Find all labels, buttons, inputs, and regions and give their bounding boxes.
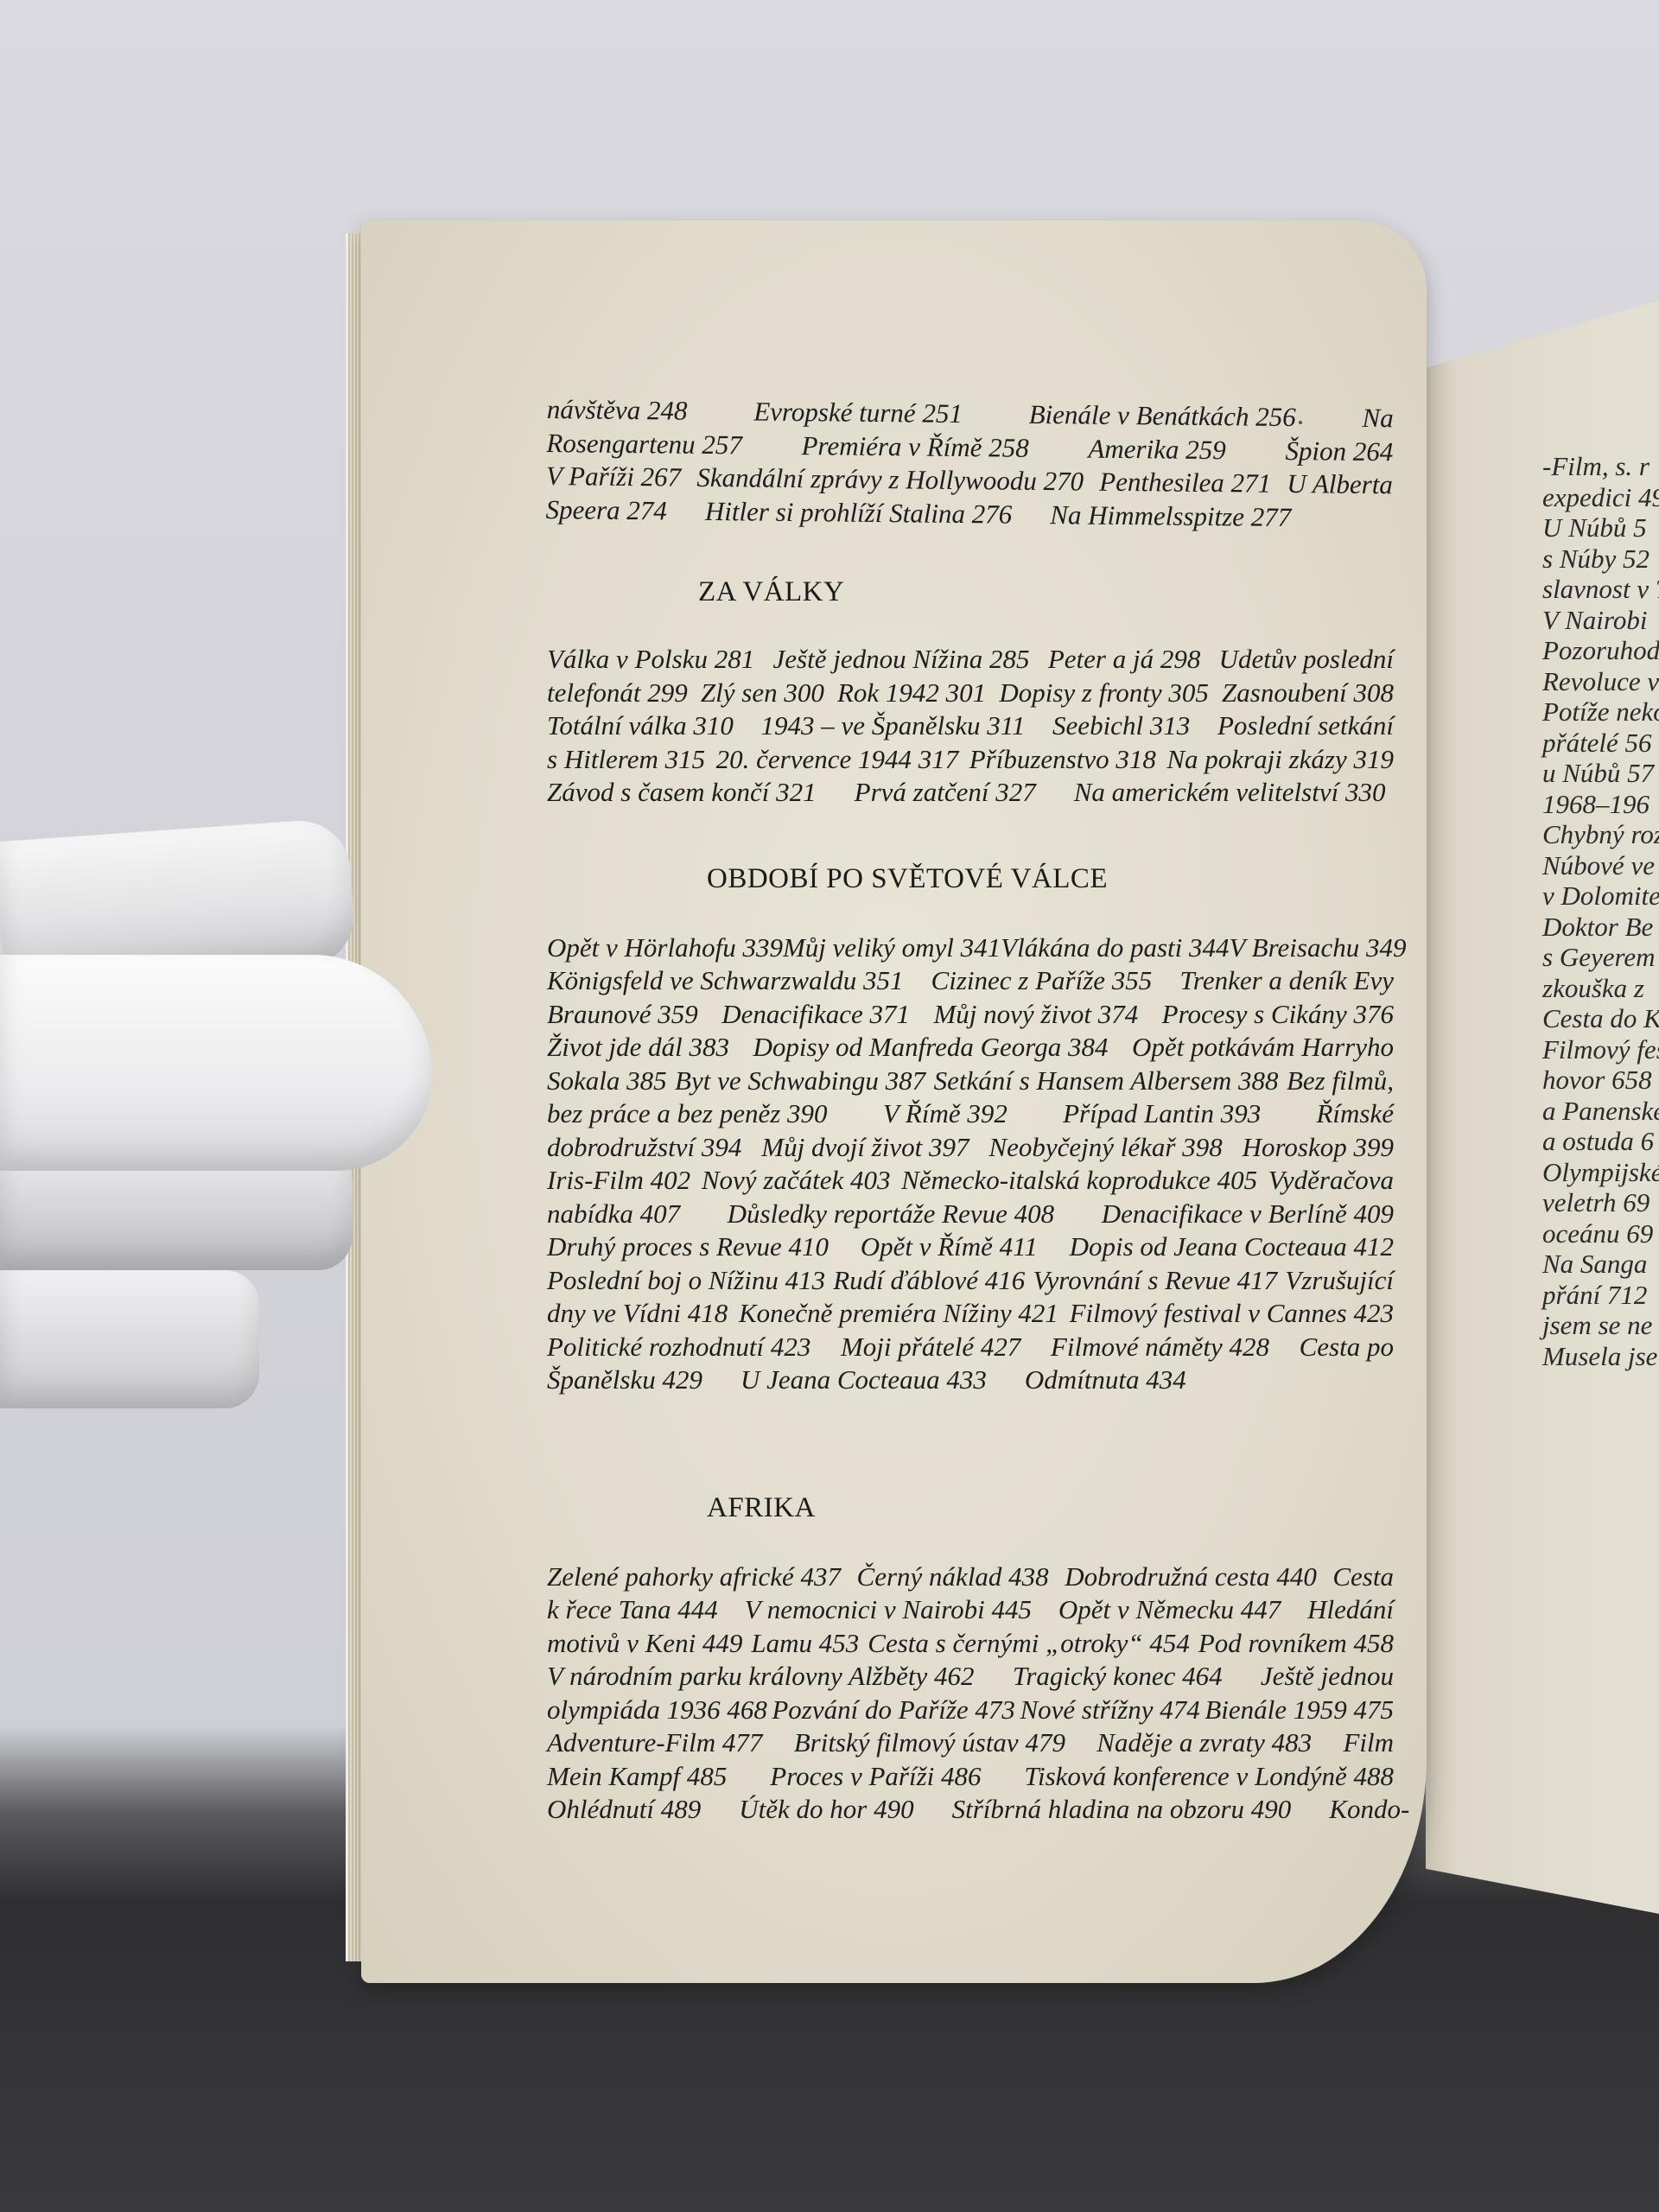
intro-entries: návštěva 248Evropské turné 251Bienále v …: [545, 393, 1394, 535]
toc-line: Sokala 385Byt ve Schwabingu 387Setkání s…: [547, 1065, 1394, 1098]
toc-entry: Na americkém velitelství 330: [1074, 776, 1386, 810]
toc-entry: Případ Lantin 393: [1063, 1097, 1261, 1131]
section-entries-afrika: Zelené pahorky africké 437Černý náklad 4…: [547, 1560, 1394, 1827]
toc-entry: telefonát 299: [547, 677, 688, 710]
toc-line: dny ve Vídni 418Konečně premiéra Nížiny …: [547, 1297, 1394, 1331]
toc-entry: s Hitlerem 315: [547, 743, 705, 777]
right-page-line: jsem se ne: [1542, 1310, 1659, 1341]
toc-entry: Politické rozhodnutí 423: [547, 1331, 810, 1364]
toc-line: olympiáda 1936 468Pozvání do Paříže 473N…: [547, 1694, 1394, 1727]
toc-entry: Denacifikace 371: [721, 998, 910, 1032]
toc-entry: Nový začátek 403: [702, 1164, 891, 1198]
toc-line: k řece Tana 444V nemocnici v Nairobi 445…: [547, 1593, 1394, 1627]
toc-entry: Tisková konference v Londýně 488: [1024, 1760, 1394, 1794]
toc-entry: Rudí ďáblové 416: [833, 1264, 1025, 1298]
toc-line: telefonát 299Zlý sen 300Rok 1942 301Dopi…: [547, 677, 1394, 710]
toc-entry: Odmítnuta 434: [1025, 1363, 1186, 1397]
right-page-line: U Núbů 5: [1542, 512, 1659, 543]
toc-entry: Ohlédnutí 489: [547, 1793, 701, 1827]
right-page-line: Cesta do K: [1542, 1003, 1659, 1034]
table-of-contents: návštěva 248Evropské turné 251Bienále v …: [547, 393, 1394, 1827]
toc-entry: Evropské turné 251: [753, 396, 963, 431]
toc-entry: Königsfeld ve Schwarzwaldu 351: [547, 964, 903, 998]
toc-entry: Důsledky reportáže Revue 408: [728, 1198, 1054, 1231]
toc-line: Politické rozhodnutí 423Moji přátelé 427…: [547, 1331, 1394, 1364]
toc-entry: Proces v Paříži 486: [770, 1760, 981, 1794]
toc-line: Opět v Hörlahofu 339Můj veliký omyl 341V…: [547, 931, 1394, 965]
toc-entry: Udetův poslední: [1219, 643, 1394, 677]
toc-line: Život jde dál 383Dopisy od Manfreda Geor…: [547, 1031, 1394, 1065]
toc-entry: Naděje a zvraty 483: [1096, 1726, 1312, 1760]
section-heading-za-valky: ZA VÁLKY: [698, 576, 1394, 608]
toc-entry: Trenker a deník Evy: [1179, 964, 1394, 998]
right-page-line: s Geyerem: [1542, 942, 1659, 973]
toc-entry: Zelené pahorky africké 437: [547, 1560, 841, 1594]
toc-entry: Ještě jednou: [1261, 1660, 1394, 1694]
toc-line: Španělsku 429U Jeana Cocteaua 433Odmítnu…: [547, 1363, 1394, 1397]
toc-entry: Neobyčejný lékař 398: [988, 1131, 1222, 1165]
toc-entry: Procesy s Cikány 376: [1162, 998, 1394, 1032]
toc-entry: Konečně premiéra Nížiny 421: [739, 1297, 1058, 1331]
toc-entry: Rosengartenu 257: [546, 426, 742, 461]
toc-entry: Černý náklad 438: [857, 1560, 1049, 1594]
toc-entry: Dopis od Jeana Cocteaua 412: [1070, 1230, 1394, 1264]
right-page-line: Doktor Be: [1542, 912, 1659, 943]
toc-entry: Španělsku 429: [547, 1363, 702, 1397]
toc-entry: V nemocnici v Nairobi 445: [745, 1593, 1032, 1627]
toc-line: Druhý proces s Revue 410Opět v Římě 411D…: [547, 1230, 1394, 1264]
right-page-line: V Nairobi: [1542, 605, 1659, 636]
right-page-line: expedici 49: [1542, 482, 1659, 513]
toc-entry: 20. července 1944 317: [716, 743, 959, 777]
toc-entry: Dobrodružná cesta 440: [1065, 1560, 1317, 1594]
toc-entry: Penthesilea 271: [1099, 466, 1271, 501]
toc-entry: Život jde dál 383: [547, 1031, 729, 1065]
right-page-line: Chybný roz: [1542, 819, 1659, 850]
toc-entry: Kondo-: [1329, 1793, 1409, 1827]
section-heading-afrika: AFRIKA: [707, 1492, 1394, 1524]
toc-entry: Pod rovníkem 458: [1198, 1627, 1394, 1661]
right-page-line: zkouška z: [1542, 973, 1659, 1004]
toc-entry: Totální válka 310: [547, 709, 734, 743]
toc-entry: Filmový festival v Cannes 423: [1070, 1297, 1394, 1331]
toc-entry: U Jeana Cocteaua 433: [741, 1363, 987, 1397]
toc-entry: Můj dvojí život 397: [761, 1131, 969, 1165]
toc-entry: Poslední setkání: [1217, 709, 1394, 743]
toc-line: motivů v Keni 449Lamu 453Cesta s černými…: [547, 1627, 1394, 1661]
toc-line: Ohlédnutí 489Útěk do hor 490Stříbrná hla…: [547, 1793, 1394, 1827]
toc-entry: Útěk do hor 490: [739, 1793, 913, 1827]
right-page-line: oceánu 69: [1542, 1218, 1659, 1249]
toc-line: Závod s časem končí 321Prvá zatčení 327N…: [547, 776, 1394, 810]
toc-entry: Ještě jednou Nížina 285: [773, 643, 1030, 677]
section-entries-po-valce: Opět v Hörlahofu 339Můj veliký omyl 341V…: [547, 931, 1394, 1397]
toc-entry: k řece Tana 444: [547, 1593, 718, 1627]
right-page-line: Núbové ve: [1542, 850, 1659, 881]
right-page-line: v Dolomite: [1542, 880, 1659, 912]
toc-line: Poslední boj o Nížinu 413Rudí ďáblové 41…: [547, 1264, 1394, 1298]
toc-entry: Opět potkávám Harryho: [1132, 1031, 1394, 1065]
gloved-hand: [0, 804, 406, 1408]
toc-entry: Na Himmelsspitze 277: [1050, 499, 1291, 534]
toc-entry: 1943 – ve Španělsku 311: [761, 709, 1026, 743]
toc-entry: Britský filmový ústav 479: [794, 1726, 1065, 1760]
toc-entry: Bez filmů,: [1287, 1065, 1394, 1098]
right-page-line: -Film, s. r: [1542, 451, 1659, 482]
toc-entry: Dopisy od Manfreda Georga 384: [753, 1031, 1108, 1065]
right-page-line: hovor 658: [1542, 1065, 1659, 1096]
toc-entry: Vzrušující: [1285, 1264, 1394, 1298]
toc-entry: Tragický konec 464: [1013, 1660, 1223, 1694]
toc-entry: Můj veliký omyl 341: [783, 931, 1001, 965]
right-page-line: Revoluce v: [1542, 666, 1659, 697]
right-page-line: slavnost v T: [1542, 574, 1659, 605]
toc-entry: Lamu 453: [751, 1627, 859, 1661]
right-page-line: Olympijské: [1542, 1157, 1659, 1188]
toc-line: dobrodružství 394Můj dvojí život 397Neob…: [547, 1131, 1394, 1165]
toc-entry: Amerika 259: [1088, 432, 1226, 467]
toc-line: nabídka 407Důsledky reportáže Revue 408D…: [547, 1198, 1394, 1231]
right-page-line: Filmový fes: [1542, 1034, 1659, 1065]
toc-entry: U Alberta: [1287, 467, 1393, 502]
toc-line: Königsfeld ve Schwarzwaldu 351Cizinec z …: [547, 964, 1394, 998]
toc-entry: dny ve Vídni 418: [547, 1297, 728, 1331]
glove-finger-ring: [0, 1270, 259, 1408]
toc-entry: Hledání: [1307, 1593, 1394, 1627]
toc-entry: Mein Kampf 485: [547, 1760, 727, 1794]
toc-entry: olympiáda 1936 468: [547, 1694, 767, 1727]
toc-entry: Premiéra v Římě 258: [801, 429, 1029, 465]
right-page-line: 1968–196: [1542, 789, 1659, 820]
toc-entry: Válka v Polsku 281: [547, 643, 754, 677]
right-page-line: a ostuda 6: [1542, 1126, 1659, 1157]
toc-entry: Skandální zprávy z Hollywoodu 270: [696, 461, 1084, 499]
toc-entry: Cesta po: [1300, 1331, 1394, 1364]
right-page-line: s Núby 52: [1542, 543, 1659, 575]
toc-line: Totální válka 3101943 – ve Španělsku 311…: [547, 709, 1394, 743]
toc-entry: V národním parku královny Alžběty 462: [547, 1660, 975, 1694]
right-page-line: Potíže neko: [1542, 696, 1659, 728]
toc-entry: Bienále v Benátkách 256: [1029, 398, 1296, 435]
toc-entry: Cesta s černými „otroky“ 454: [868, 1627, 1190, 1661]
right-page-line: přátelé 56: [1542, 728, 1659, 759]
toc-entry: V Římě 392: [883, 1097, 1007, 1131]
right-page-line: Na Sanga: [1542, 1249, 1659, 1280]
toc-line: Adventure-Film 477Britský filmový ústav …: [547, 1726, 1394, 1760]
toc-entry: Dopisy z fronty 305: [999, 677, 1209, 710]
toc-entry: Sokala 385: [547, 1065, 667, 1098]
toc-entry: Peter a já 298: [1048, 643, 1201, 677]
toc-entry: Můj nový život 374: [933, 998, 1138, 1032]
toc-entry: Závod s časem končí 321: [547, 776, 817, 810]
toc-entry: Cizinec z Paříže 355: [931, 964, 1153, 998]
toc-entry: Vyrovnání s Revue 417: [1033, 1264, 1277, 1298]
toc-entry: Rok 1942 301: [837, 677, 986, 710]
toc-entry: Vlákána do pasti 344: [1001, 931, 1229, 965]
toc-entry: Prvá zatčení 327: [855, 776, 1036, 810]
toc-entry: motivů v Keni 449: [547, 1627, 742, 1661]
toc-entry: Seebichl 313: [1052, 709, 1190, 743]
toc-entry: Zlý sen 300: [701, 677, 824, 710]
right-page-line: veletrh 69: [1542, 1187, 1659, 1218]
toc-entry: V Breisachu 349: [1230, 931, 1407, 965]
toc-entry: bez práce a bez peněz 390: [547, 1097, 828, 1131]
toc-entry: Film: [1343, 1726, 1394, 1760]
right-page-line: a Panenské: [1542, 1096, 1659, 1127]
toc-entry: Cesta: [1332, 1560, 1394, 1594]
toc-entry: Denacifikace v Berlíně 409: [1102, 1198, 1394, 1231]
toc-entry: Opět v Německu 447: [1058, 1593, 1281, 1627]
toc-line: Válka v Polsku 281Ještě jednou Nížina 28…: [547, 643, 1394, 677]
toc-entry: Příbuzenstvo 318: [969, 743, 1156, 777]
toc-entry: Horoskop 399: [1243, 1131, 1394, 1165]
toc-line: Iris-Film 402Nový začátek 403Německo-ita…: [547, 1164, 1394, 1198]
section-entries-za-valky: Válka v Polsku 281Ještě jednou Nížina 28…: [547, 643, 1394, 810]
toc-entry: Pozvání do Paříže 473: [772, 1694, 1015, 1727]
toc-entry: Iris-Film 402: [547, 1164, 690, 1198]
toc-entry: Speera 274: [545, 493, 667, 527]
left-page: návštěva 248Evropské turné 251Bienále v …: [361, 220, 1427, 1983]
toc-entry: Na pokraji zkázy 319: [1166, 743, 1394, 777]
toc-entry: Setkání s Hansem Albersem 388: [934, 1065, 1279, 1098]
right-page-line: přání 712: [1542, 1280, 1659, 1311]
toc-entry: Hitler si prohlíží Stalina 276: [705, 494, 1013, 531]
toc-entry: Filmové náměty 428: [1051, 1331, 1269, 1364]
toc-line: bez práce a bez peněz 390V Římě 392Přípa…: [547, 1097, 1394, 1131]
toc-line: s Hitlerem 31520. července 1944 317Příbu…: [547, 743, 1394, 777]
toc-line: Mein Kampf 485Proces v Paříži 486Tisková…: [547, 1760, 1394, 1794]
right-page-line: u Núbů 57: [1542, 758, 1659, 789]
toc-entry: Bienále 1959 475: [1205, 1694, 1394, 1727]
toc-entry: Nové střížny 474: [1020, 1694, 1199, 1727]
toc-line: Zelené pahorky africké 437Černý náklad 4…: [547, 1560, 1394, 1594]
right-page: -Film, s. rexpedici 49U Núbů 5s Núby 52s…: [1426, 268, 1659, 1935]
toc-entry: V Paříži 267: [546, 460, 682, 494]
toc-entry: Německo-italská koprodukce 405: [901, 1164, 1257, 1198]
toc-entry: Římské: [1316, 1097, 1394, 1131]
toc-entry: Poslední boj o Nížinu 413: [547, 1264, 825, 1298]
section-heading-po-valce: OBDOBÍ PO SVĚTOVÉ VÁLCE: [707, 863, 1394, 895]
toc-entry: Špion 264: [1285, 434, 1393, 468]
toc-entry: dobrodružství 394: [547, 1131, 741, 1165]
glove-thumb: [0, 955, 432, 1171]
toc-line: V národním parku královny Alžběty 462Tra…: [547, 1660, 1394, 1694]
toc-line: Braunové 359Denacifikace 371Můj nový živ…: [547, 998, 1394, 1032]
toc-entry: Stříbrná hladina na obzoru 490: [952, 1793, 1292, 1827]
toc-entry: Moji přátelé 427: [841, 1331, 1020, 1364]
toc-entry: Opět v Římě 411: [861, 1230, 1038, 1264]
toc-entry: Byt ve Schwabingu 387: [675, 1065, 925, 1098]
toc-entry: nabídka 407: [547, 1198, 680, 1231]
toc-entry: Braunové 359: [547, 998, 698, 1032]
toc-entry: Adventure-Film 477: [547, 1726, 762, 1760]
toc-entry: Zasnoubení 308: [1222, 677, 1394, 710]
toc-entry: Druhý proces s Revue 410: [547, 1230, 829, 1264]
toc-entry: návštěva 248: [547, 393, 688, 428]
toc-entry: Opět v Hörlahofu 339: [547, 931, 783, 965]
right-page-line: Musela jse: [1542, 1341, 1659, 1372]
toc-entry: Na: [1362, 402, 1394, 435]
right-page-text: -Film, s. rexpedici 49U Núbů 5s Núby 52s…: [1542, 451, 1659, 1371]
right-page-line: Pozoruhodn: [1542, 635, 1659, 666]
toc-entry: Vyděračova: [1268, 1164, 1394, 1198]
